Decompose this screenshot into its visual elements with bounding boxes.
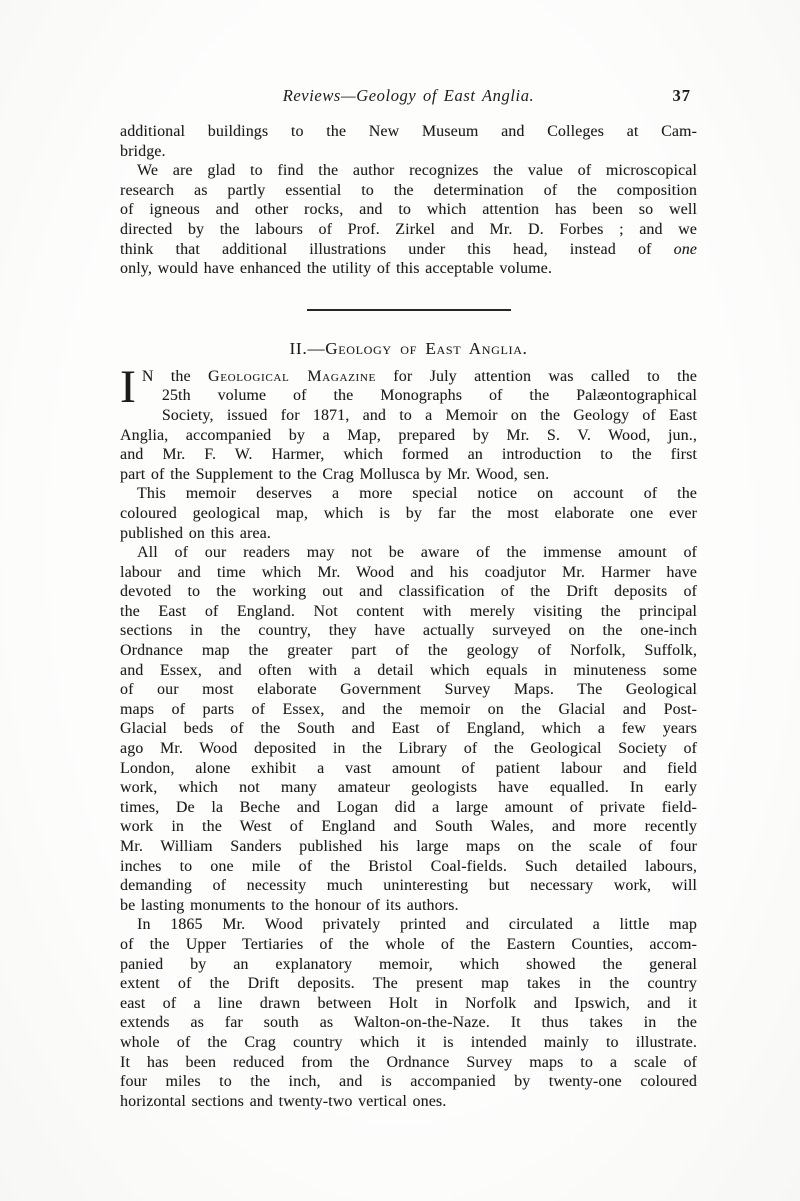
text-line: panied by an explanatory memoir, which s… — [120, 955, 697, 975]
text-line: of our most elaborate Government Survey … — [120, 680, 697, 700]
text-line: whole of the Crag country which it is in… — [120, 1033, 697, 1053]
paragraph: IN the Geological Magazine for July atte… — [120, 367, 697, 485]
text-line: work in the West of England and South Wa… — [120, 817, 697, 837]
text-line: Glacial beds of the South and East of En… — [120, 719, 697, 739]
text-line: four miles to the inch, and is accompani… — [120, 1072, 697, 1092]
running-title: Reviews—Geology of East Anglia. — [120, 86, 697, 106]
text-line: be lasting monuments to the honour of it… — [120, 896, 697, 916]
text-line: devoted to the working out and classific… — [120, 582, 697, 602]
text-line: We are glad to find the author recognize… — [120, 161, 697, 181]
text-line: In 1865 Mr. Wood privately printed and c… — [120, 915, 697, 935]
scanned-page: Reviews—Geology of East Anglia. 37 addit… — [0, 0, 800, 1201]
italic-text: one — [674, 241, 697, 258]
text-line: 25th volume of the Monographs of the Pal… — [120, 386, 697, 406]
text-line: times, De la Beche and Logan did a large… — [120, 798, 697, 818]
text-line: east of a line drawn between Holt in Nor… — [120, 994, 697, 1014]
text-line: think that additional illustrations unde… — [120, 240, 697, 260]
text-line: Mr. William Sanders published his large … — [120, 837, 697, 857]
paragraph: We are glad to find the author recognize… — [120, 161, 697, 279]
text-line: only, would have enhanced the utility of… — [120, 259, 697, 279]
paragraph: additional buildings to the New Museum a… — [120, 122, 697, 161]
small-caps-text: Geological Magazine — [208, 368, 376, 385]
text-line: published on this area. — [120, 524, 697, 544]
text-line: and Essex, and often with a detail which… — [120, 661, 697, 681]
text-line: sections in the country, they have actua… — [120, 621, 697, 641]
paragraph: This memoir deserves a more special noti… — [120, 484, 697, 543]
text-line: coloured geological map, which is by far… — [120, 504, 697, 524]
section-divider — [307, 309, 511, 311]
text-line: demanding of necessity much uninterestin… — [120, 876, 697, 896]
text-line: It has been reduced from the Ordnance Su… — [120, 1053, 697, 1073]
text-line: and Mr. F. W. Harmer, which formed an in… — [120, 445, 697, 465]
text-line: part of the Supplement to the Crag Mollu… — [120, 465, 697, 485]
text-line: All of our readers may not be aware of t… — [120, 543, 697, 563]
small-caps-text: Geology of East Anglia. — [325, 339, 527, 358]
text-line: research as partly essential to the dete… — [120, 181, 697, 201]
text-line: the East of England. Not content with me… — [120, 602, 697, 622]
text-line: labour and time which Mr. Wood and his c… — [120, 563, 697, 583]
text-line: bridge. — [120, 142, 697, 162]
paragraph: In 1865 Mr. Wood privately printed and c… — [120, 915, 697, 1111]
text-line: additional buildings to the New Museum a… — [120, 122, 697, 142]
text-line: Society, issued for 1871, and to a Memoi… — [120, 406, 697, 426]
text-line: directed by the labours of Prof. Zirkel … — [120, 220, 697, 240]
page-number: 37 — [673, 86, 692, 106]
text-line: work, which not many amateur geologists … — [120, 778, 697, 798]
text-line: horizontal sections and twenty-two verti… — [120, 1092, 697, 1112]
text-line: London, alone exhibit a vast amount of p… — [120, 759, 697, 779]
text-line: Ordnance map the greater part of the geo… — [120, 641, 697, 661]
text-line: inches to one mile of the Bristol Coal-f… — [120, 857, 697, 877]
text-line: extent of the Drift deposits. The presen… — [120, 974, 697, 994]
section-heading: II.—Geology of East Anglia. — [120, 338, 697, 359]
text-line: Anglia, accompanied by a Map, prepared b… — [120, 426, 697, 446]
text-line: of the Upper Tertiaries of the whole of … — [120, 935, 697, 955]
text-line: ago Mr. Wood deposited in the Library of… — [120, 739, 697, 759]
paragraph: All of our readers may not be aware of t… — [120, 543, 697, 915]
text-line: This memoir deserves a more special noti… — [120, 484, 697, 504]
text-line: extends as far south as Walton-on-the-Na… — [120, 1013, 697, 1033]
text-line: of igneous and other rocks, and to which… — [120, 200, 697, 220]
text-line: maps of parts of Essex, and the memoir o… — [120, 700, 697, 720]
text-line: N the Geological Magazine for July atten… — [120, 367, 697, 387]
page-body: additional buildings to the New Museum a… — [120, 122, 697, 1111]
running-header: Reviews—Geology of East Anglia. 37 — [120, 86, 697, 106]
